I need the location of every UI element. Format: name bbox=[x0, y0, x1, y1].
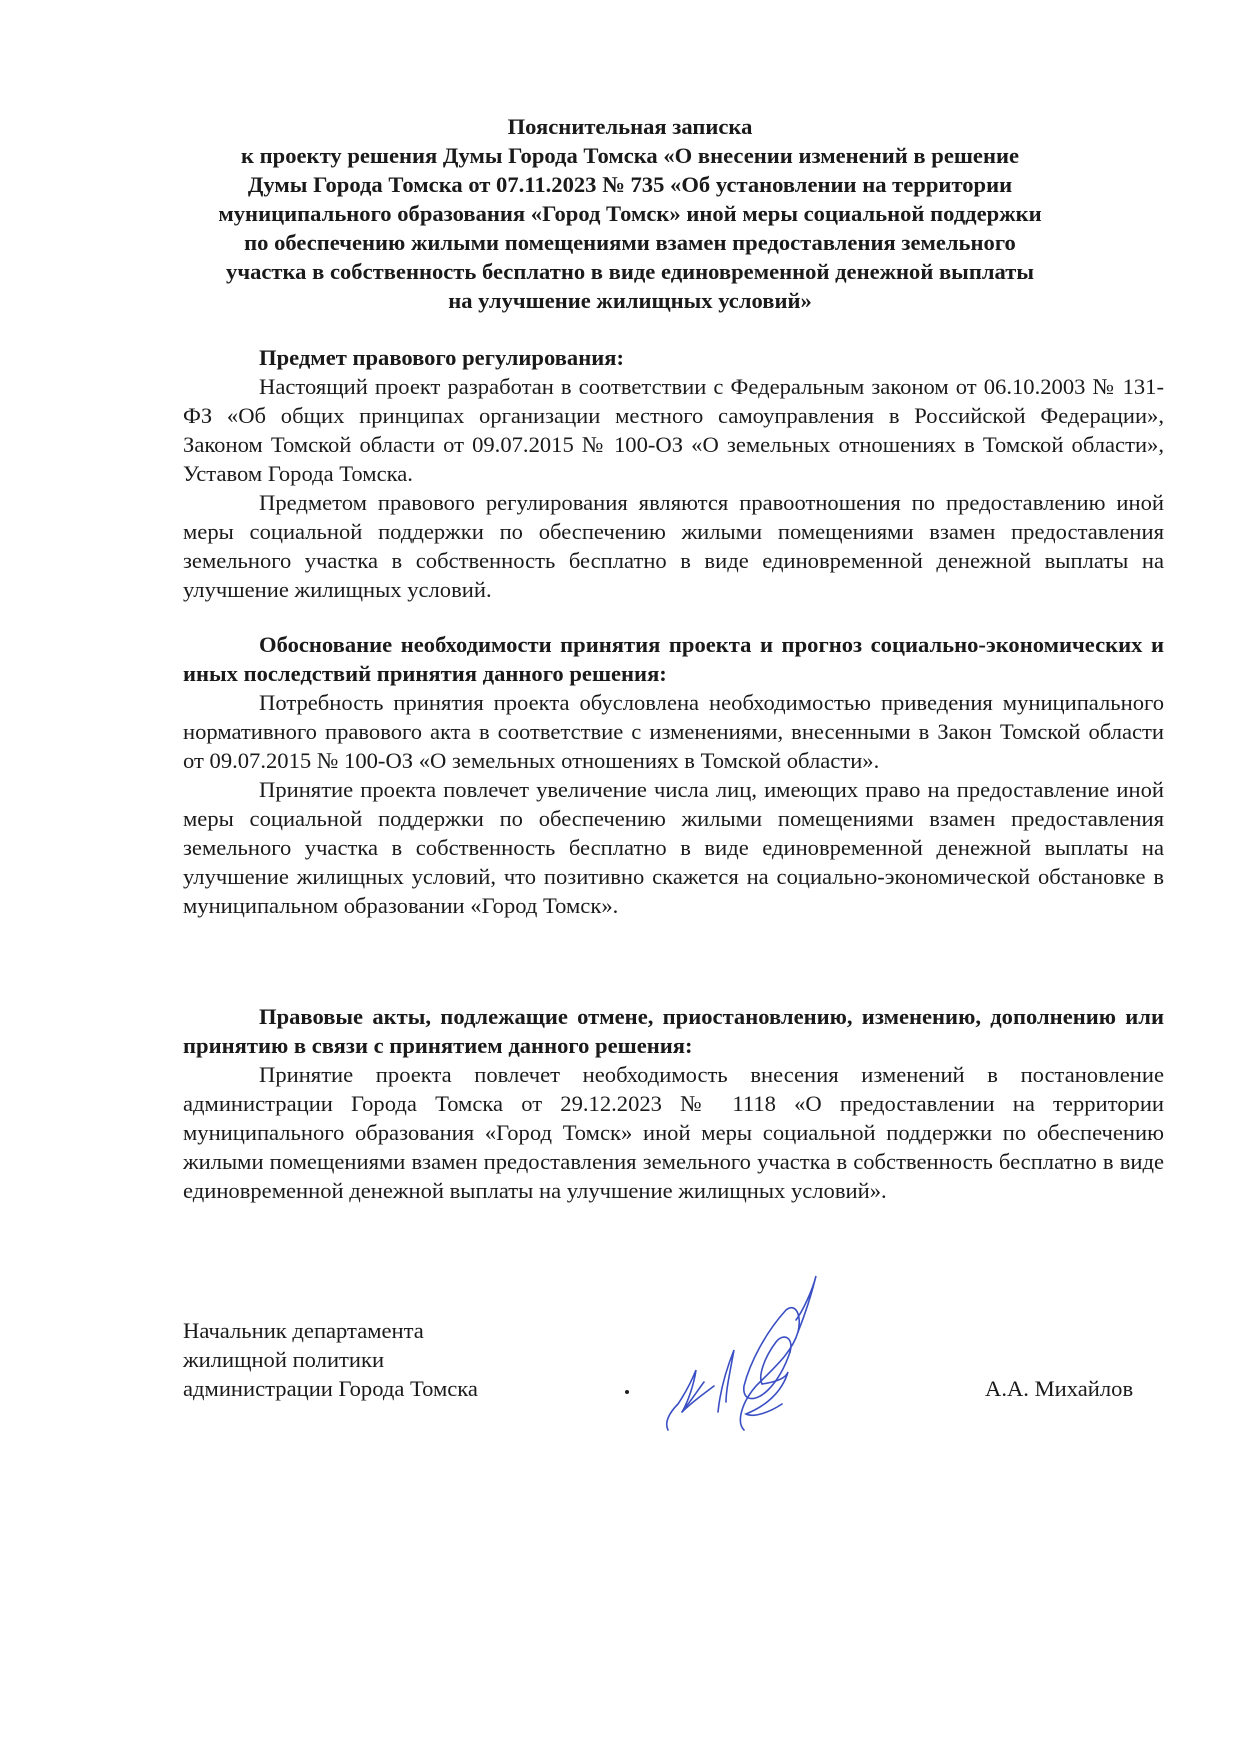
handwritten-signature-icon bbox=[626, 1262, 826, 1432]
signer-position-line: администрации Города Томска bbox=[183, 1374, 478, 1403]
document-page: Пояснительная записка к проекту решения … bbox=[0, 0, 1240, 1753]
title-line: по обеспечению жилыми помещениями взамен… bbox=[180, 228, 1080, 257]
section-paragraph: Принятие проекта повлечет необходимость … bbox=[183, 1060, 1164, 1205]
signer-position: Начальник департамента жилищной политики… bbox=[183, 1316, 478, 1403]
section-heading: Предмет правового регулирования: bbox=[183, 343, 1164, 372]
title-line: на улучшение жилищных условий» bbox=[180, 286, 1080, 315]
signer-position-line: Начальник департамента bbox=[183, 1316, 478, 1345]
section-paragraph: Настоящий проект разработан в соответств… bbox=[183, 372, 1164, 488]
title-line: Думы Города Томска от 07.11.2023 № 735 «… bbox=[180, 170, 1080, 199]
section-paragraph: Принятие проекта повлечет увеличение чис… bbox=[183, 775, 1164, 920]
section-paragraph: Потребность принятия проекта обусловлена… bbox=[183, 688, 1164, 775]
title-line: Пояснительная записка bbox=[180, 112, 1080, 141]
section-heading: Обоснование необходимости принятия проек… bbox=[183, 630, 1164, 688]
signer-position-line: жилищной политики bbox=[183, 1345, 478, 1374]
section-legal-acts: Правовые акты, подлежащие отмене, приост… bbox=[183, 1002, 1164, 1205]
title-line: участка в собственность бесплатно в виде… bbox=[180, 257, 1080, 286]
signer-name: А.А. Михайлов bbox=[985, 1374, 1133, 1403]
document-title: Пояснительная записка к проекту решения … bbox=[180, 112, 1080, 315]
section-paragraph: Предметом правового регулирования являют… bbox=[183, 488, 1164, 604]
section-justification: Обоснование необходимости принятия проек… bbox=[183, 630, 1164, 920]
section-legal-subject: Предмет правового регулирования: Настоящ… bbox=[183, 343, 1164, 604]
title-line: к проекту решения Думы Города Томска «О … bbox=[180, 141, 1080, 170]
section-heading: Правовые акты, подлежащие отмене, приост… bbox=[183, 1002, 1164, 1060]
title-line: муниципального образования «Город Томск»… bbox=[180, 199, 1080, 228]
